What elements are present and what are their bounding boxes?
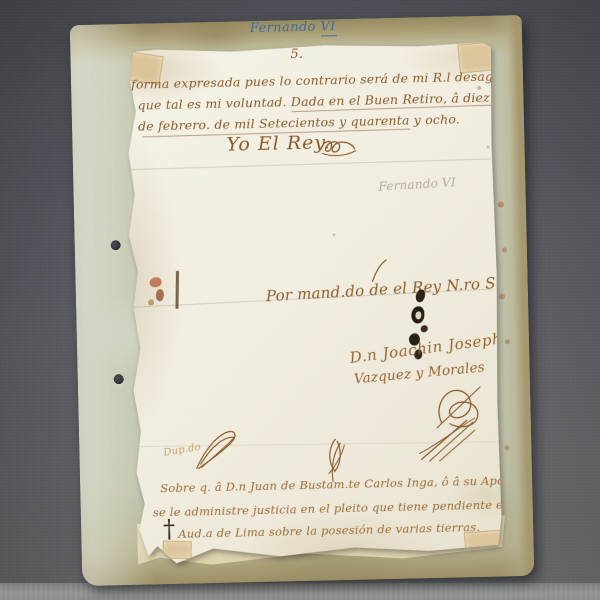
docket-line-1: Sobre q. â D.n Juan de Bustam.te Carlos …: [160, 472, 551, 495]
page-number: 5.: [290, 47, 303, 62]
dagger-mark: †: [163, 515, 176, 543]
foxing-spot: [477, 86, 481, 90]
body-line-1: forma expresada pues lo contrario será d…: [131, 68, 528, 92]
royal-rubric-flourish: [318, 137, 358, 158]
rubric-flourish: [193, 427, 240, 472]
foxing-spot: [502, 247, 507, 252]
photograph-of-manuscript: Fernando VI 5. forma expresada pues lo c…: [0, 0, 600, 600]
foxing-spot: [487, 146, 490, 149]
body-line-3: de febrero. de mil Setecientos y quarent…: [138, 111, 460, 133]
docket-line-2: se le administre justicia en el pleito q…: [153, 497, 526, 519]
pencil-annotation: Fernando VI: [378, 175, 456, 193]
royal-signature: Yo El Rey.: [226, 131, 331, 155]
rubric-flourish: [417, 414, 478, 463]
fold-crease: [127, 158, 491, 170]
board-inscription-blue: Fernando VI: [250, 19, 336, 36]
foxing-spot: [504, 445, 509, 450]
manuscript-sheet: 5. forma expresada pues lo contrario ser…: [120, 42, 504, 566]
foxing-spot: [499, 293, 505, 299]
docket-line-3: Aud.a de Lima sobre la posesión de varia…: [178, 520, 480, 541]
manuscript-sheet-wrap: 5. forma expresada pues lo contrario ser…: [120, 42, 504, 566]
countersignature: Por mand.do de el Rey N.ro S.or: [265, 273, 517, 305]
foxing-spot: [332, 233, 335, 236]
tape-fragment: [162, 540, 192, 559]
ascender-flourish: [368, 258, 389, 282]
wax-seal-remnant: [145, 267, 192, 316]
mounted-document: Fernando VI 5. forma expresada pues lo c…: [70, 15, 535, 586]
foxing-spot: [505, 339, 510, 344]
